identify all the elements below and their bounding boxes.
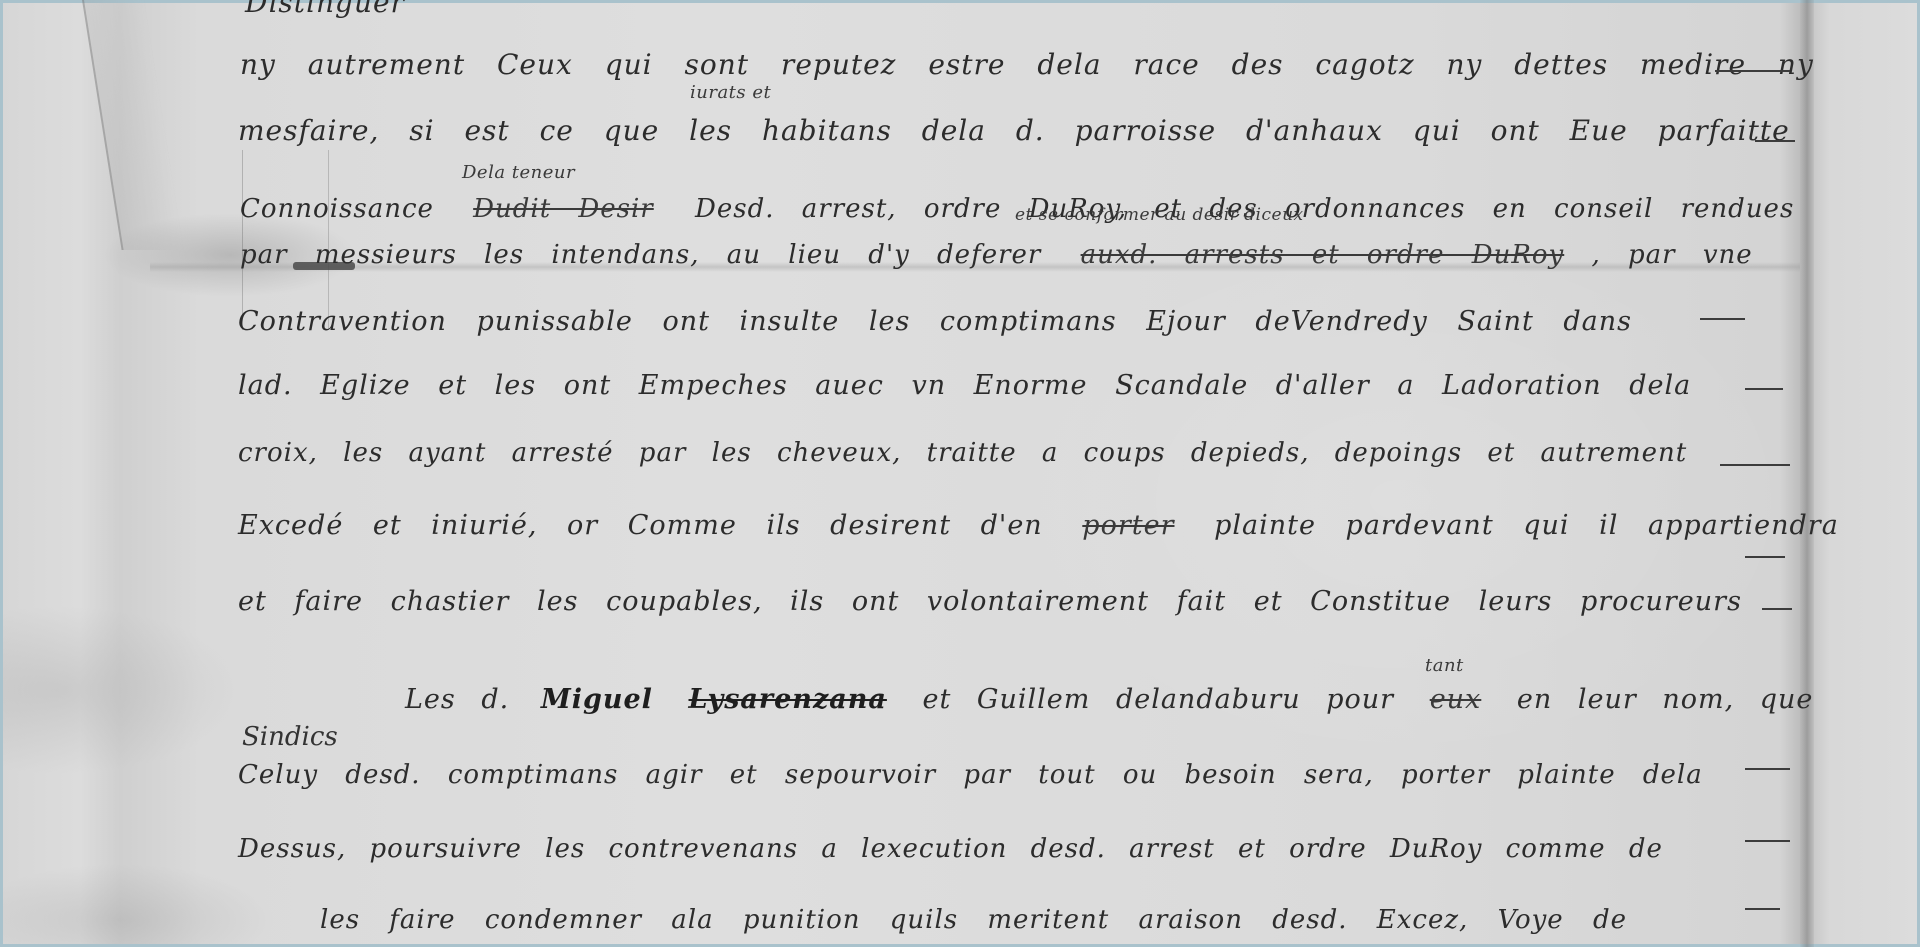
manuscript-line: les faire condemner ala punition quils m… — [320, 905, 1627, 935]
line-text: Celuy desd. comptimans agir et sepourvoi… — [238, 760, 1703, 790]
line-text: , par vne — [1592, 240, 1753, 270]
manuscript-line: ny autrement Ceux qui sont reputez estre… — [240, 48, 1814, 81]
manuscript-line: par messieurs les intendans, au lieu d'y… — [240, 240, 1753, 270]
name-text: Miguel — [541, 684, 653, 715]
line-text: Distinguer — [245, 0, 405, 19]
manuscript-line: lad. Eglize et les ont Empeches auec vn … — [238, 370, 1691, 401]
line-text: Dessus, poursuivre les contrevenans a le… — [238, 834, 1663, 864]
interlinear-insertion: iurats et — [690, 82, 771, 103]
insertion-text: tant — [1425, 655, 1464, 676]
line-text: Excedé et iniurié, or Comme ils desirent… — [238, 510, 1043, 541]
line-filler-dash — [1762, 608, 1792, 610]
line-text: Connoissance — [240, 194, 434, 224]
line-text: Contravention punissable ont insulte les… — [238, 306, 1632, 337]
interlinear-insertion: et se conformer au desir diceux — [1015, 205, 1304, 225]
margin-note-text: Sindics — [242, 722, 338, 752]
line-text: mesfaire, si est ce que les habitans del… — [238, 114, 1790, 147]
manuscript-line: mesfaire, si est ce que les habitans del… — [238, 114, 1790, 147]
line-filler-dash — [1745, 908, 1780, 910]
line-text: croix, les ayant arresté par les cheveux… — [238, 438, 1687, 468]
insertion-text: iurats et — [690, 82, 771, 103]
manuscript-line: Distinguer — [245, 0, 405, 19]
manuscript-line: Celuy desd. comptimans agir et sepourvoi… — [238, 760, 1703, 790]
line-text: Les d. — [405, 684, 509, 715]
line-text: par messieurs les intendans, au lieu d'y… — [240, 240, 1041, 270]
paper-fold-left — [82, 0, 184, 250]
manuscript-line: Excedé et iniurié, or Comme ils desirent… — [238, 510, 1839, 541]
line-filler-dash — [1745, 388, 1783, 390]
manuscript-line: et faire chastier les coupables, ils ont… — [238, 586, 1742, 617]
line-text: en leur nom, que — [1517, 684, 1814, 715]
interlinear-insertion: tant — [1425, 655, 1464, 676]
struck-text: Dudit Desir — [473, 194, 654, 224]
struck-text: eux — [1430, 684, 1482, 715]
line-text: et Guillem delandaburu pour — [923, 684, 1395, 715]
struck-text: auxd. arrests et ordre DuRoy — [1081, 240, 1565, 270]
line-filler-dash — [1745, 840, 1790, 842]
manuscript-line: croix, les ayant arresté par les cheveux… — [238, 438, 1687, 468]
line-text: lad. Eglize et les ont Empeches auec vn … — [238, 370, 1691, 401]
struck-text: Lysarenzana — [689, 684, 887, 715]
line-filler-dash — [1745, 556, 1785, 558]
line-text: ny autrement Ceux qui sont reputez estre… — [240, 48, 1814, 81]
manuscript-page: Distinguer ny autrement Ceux qui sont re… — [0, 0, 1920, 947]
manuscript-line: Les d. Miguel Lysarenzana et Guillem del… — [405, 684, 1813, 715]
line-text: les faire condemner ala punition quils m… — [320, 905, 1627, 935]
line-text: plainte pardevant qui il appartiendra — [1214, 510, 1839, 541]
insertion-text: et se conformer au desir diceux — [1015, 205, 1304, 225]
line-filler-dash — [1720, 464, 1790, 466]
line-filler-dash — [1700, 318, 1745, 320]
line-filler-dash — [1755, 140, 1795, 142]
line-filler-dash — [1745, 768, 1790, 770]
manuscript-line: Dessus, poursuivre les contrevenans a le… — [238, 834, 1663, 864]
line-text: et faire chastier les coupables, ils ont… — [238, 586, 1742, 617]
line-filler-dash — [1715, 70, 1790, 72]
margin-note: Sindics — [242, 722, 338, 752]
struck-text: porter — [1082, 510, 1174, 541]
insertion-text: Dela teneur — [462, 162, 575, 183]
interlinear-insertion: Dela teneur — [462, 162, 575, 183]
paper-fold-right — [1800, 0, 1814, 947]
manuscript-line: Contravention punissable ont insulte les… — [238, 306, 1632, 337]
